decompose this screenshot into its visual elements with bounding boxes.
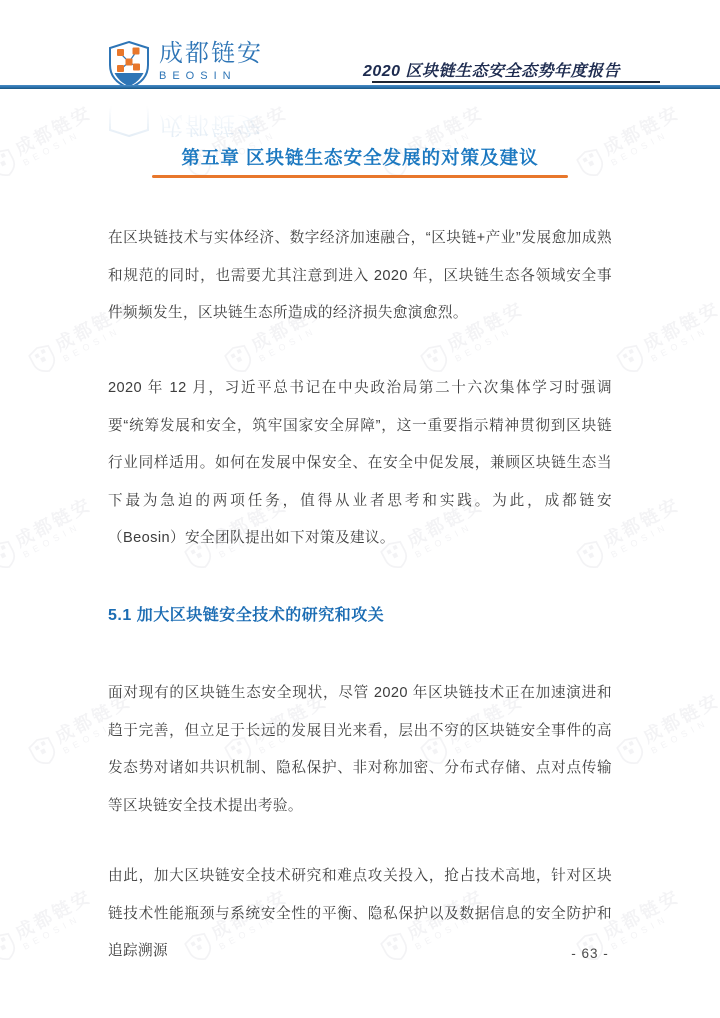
watermark-shield-icon (613, 340, 650, 378)
report-title: 2020 区块链生态安全态势年度报告 (363, 58, 620, 81)
logo-subname: BEOSIN (159, 70, 263, 82)
report-title-underline (372, 81, 660, 83)
watermark-stamp: 成都链安 BEOSIN (0, 887, 100, 967)
watermark-shield-icon (25, 340, 62, 378)
watermark-shield-icon (0, 928, 21, 966)
watermark-label: 成都链安 BEOSIN (600, 887, 688, 952)
chapter-title: 第五章 区块链生态安全发展的对策及建议 (0, 144, 720, 170)
watermark-stamp: 成都链安 BEOSIN (377, 103, 492, 183)
watermark-stamp: 成都链安 BEOSIN (0, 495, 100, 575)
watermark-shield-icon (613, 732, 650, 770)
logo-name: 成都链安 (159, 40, 263, 68)
chapter-title-rule (152, 175, 568, 178)
header-rule (0, 85, 720, 89)
paragraph-4: 由此，加大区块链安全技术研究和难点攻关投入，抢占技术高地，针对区块链技术性能瓶颈… (108, 858, 612, 971)
watermark-label: 成都链安 BEOSIN (12, 495, 100, 560)
watermark-label: 成都链安 BEOSIN (12, 887, 100, 952)
beosin-logo: 成都链安 BEOSIN (106, 40, 263, 90)
paragraph-2: 2020 年 12 月，习近平总书记在中央政治局第二十六次集体学习时强调要“统筹… (108, 370, 612, 558)
watermark-shield-icon (25, 732, 62, 770)
report-page: 成都链安 BEOSIN 成都链安 BEOSIN 成都链安 BEOSIN (0, 0, 720, 1018)
watermark-label: 成都链安 BEOSIN (640, 299, 720, 364)
watermark-stamp: 成都链安 BEOSIN (613, 691, 720, 771)
section-heading-5-1: 5.1 加大区块链安全技术的研究和攻关 (108, 602, 384, 625)
watermark-stamp: 成都链安 BEOSIN (573, 103, 688, 183)
logo-reflection: 成都链安 BEOSIN (106, 92, 263, 138)
beosin-shield-icon (106, 40, 152, 90)
watermark-label: 成都链安 BEOSIN (640, 691, 720, 756)
logo-text: 成都链安 BEOSIN (159, 40, 263, 82)
watermark-stamp: 成都链安 BEOSIN (0, 103, 100, 183)
watermark-label: 成都链安 BEOSIN (600, 495, 688, 560)
page-number: - 63 - (558, 946, 622, 961)
paragraph-3: 面对现有的区块链生态安全现状，尽管 2020 年区块链技术正在加速演进和趋于完善… (108, 675, 612, 825)
paragraph-1: 在区块链技术与实体经济、数字经济加速融合，“区块链+产业”发展愈加成熟和规范的同… (108, 220, 612, 333)
beosin-shield-icon-reflection (106, 92, 152, 138)
watermark-shield-icon (0, 536, 21, 574)
watermark-stamp: 成都链安 BEOSIN (613, 299, 720, 379)
